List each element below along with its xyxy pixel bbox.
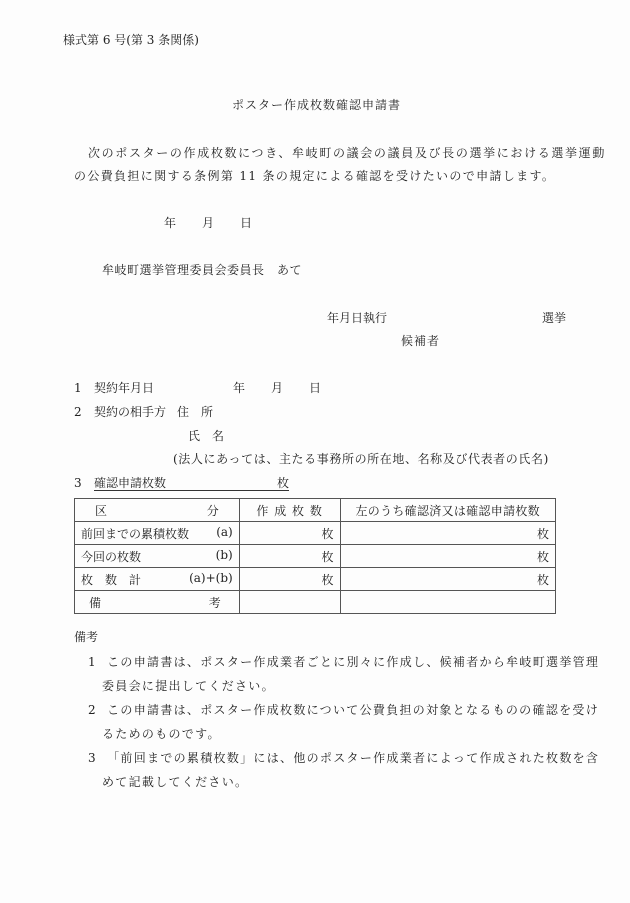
confirmed-cell[interactable]: 枚 (340, 568, 556, 591)
row-label-text: 備 (89, 594, 101, 611)
contract-month: 月 (271, 382, 309, 394)
row-label: 枚 数 計(a)+(b) (75, 568, 240, 591)
contract-date-fields: 年月日 (233, 382, 321, 394)
form-number: 様式第 6 号(第 3 条関係) (63, 34, 199, 46)
election-year: 年 (327, 311, 339, 325)
header-confirmed: 左のうち確認済又は確認申請枚数 (340, 499, 556, 522)
body-text-line-2: の公費負担に関する条例第 11 条の規定による確認を受けたいので申請します。 (74, 170, 555, 182)
corporation-note: (法人にあっては、主たる事務所の所在地、名称及び代表者の氏名) (173, 453, 549, 465)
item-contract-date: 1契約年月日 (74, 382, 154, 394)
note-number: 1 (88, 656, 102, 668)
row-label: 今回の枚数(b) (75, 545, 240, 568)
note-1-line-2: 委員会に提出してください。 (102, 680, 275, 692)
item3-unit: 枚 (277, 477, 289, 489)
produced-cell[interactable]: 枚 (239, 522, 340, 545)
produced-cell[interactable]: 枚 (239, 568, 340, 591)
row-label-code: (a)+(b) (189, 571, 233, 588)
note-number: 2 (88, 704, 102, 716)
remarks-cell[interactable] (239, 591, 340, 614)
row-label-code: (a) (216, 525, 233, 542)
item-contract-party: 2契約の相手方 (74, 406, 166, 418)
item3-number: 3 (74, 477, 94, 489)
document-title: ポスター作成枚数確認申請書 (232, 99, 401, 111)
item1-label: 契約年月日 (94, 381, 154, 395)
header-category-right: 分 (207, 502, 219, 519)
confirmed-cell[interactable]: 枚 (340, 522, 556, 545)
remarks-cell-wide[interactable] (340, 591, 556, 614)
contract-day: 日 (309, 382, 321, 394)
row-label: 備考 (75, 591, 240, 614)
requested-count-field[interactable]: 確認申請枚数枚 (94, 477, 289, 491)
row-label-text: 今回の枚数 (81, 548, 141, 565)
note-1-line-1: 1 この申請書は、ポスター作成業者ごとに別々に作成し、候補者から牟岐町選挙管理 (88, 656, 599, 668)
note-text: この申請書は、ポスター作成業者ごとに別々に作成し、候補者から牟岐町選挙管理 (107, 655, 599, 669)
item2-number: 2 (74, 406, 94, 418)
item2-label: 契約の相手方 (94, 405, 166, 419)
application-date: 年月日 (164, 217, 252, 229)
row-label-text: 前回までの累積枚数 (81, 525, 189, 542)
name-label: 氏 名 (188, 430, 224, 442)
application-date-month: 月 (202, 217, 240, 229)
row-label-code: (b) (216, 548, 233, 565)
note-3-line-1: 3 「前回までの累積枚数」には、他のポスター作成業者によって作成された枚数を含 (88, 752, 599, 764)
application-date-year: 年 (164, 217, 202, 229)
application-date-day: 日 (240, 217, 252, 229)
table-row: 前回までの累積枚数(a) 枚 枚 (75, 522, 556, 545)
candidate-label: 候補者 (401, 335, 440, 347)
note-text: この申請書は、ポスター作成枚数について公費負担の対象となるものの確認を受け (107, 703, 599, 717)
poster-count-table: 区分 作 成 枚 数 左のうち確認済又は確認申請枚数 前回までの累積枚数(a) … (74, 498, 556, 614)
table-header-row: 区分 作 成 枚 数 左のうち確認済又は確認申請枚数 (75, 499, 556, 522)
row-label: 前回までの累積枚数(a) (75, 522, 240, 545)
note-text: 「前回までの累積枚数」には、他のポスター作成業者によって作成された枚数を含 (107, 751, 599, 765)
table-row: 枚 数 計(a)+(b) 枚 枚 (75, 568, 556, 591)
election-label: 選挙 (542, 312, 566, 324)
item1-number: 1 (74, 382, 94, 394)
address-label: 住 所 (177, 406, 213, 418)
note-2-line-1: 2 この申請書は、ポスター作成枚数について公費負担の対象となるものの確認を受け (88, 704, 599, 716)
table-row-remarks: 備考 (75, 591, 556, 614)
body-text-line-1: 次のポスターの作成枚数につき、牟岐町の議会の議員及び長の選挙における選挙運動 (88, 147, 606, 159)
election-day-executed: 日執行 (351, 311, 387, 325)
produced-cell[interactable]: 枚 (239, 545, 340, 568)
addressee: 牟岐町選挙管理委員会委員長 あて (102, 264, 302, 276)
table-row: 今回の枚数(b) 枚 枚 (75, 545, 556, 568)
row-label-text: 枚 数 計 (81, 571, 141, 588)
row-label-code: 考 (209, 594, 221, 611)
note-3-line-2: めて記載してください。 (102, 776, 248, 788)
election-date: 年月日執行 (327, 312, 387, 324)
note-2-line-2: るためのものです。 (102, 728, 221, 740)
note-number: 3 (88, 752, 102, 764)
confirmed-cell[interactable]: 枚 (340, 545, 556, 568)
contract-year: 年 (233, 382, 271, 394)
header-produced: 作 成 枚 数 (239, 499, 340, 522)
item3-label: 確認申請枚数 (94, 476, 166, 490)
notes-title: 備考 (74, 631, 98, 643)
header-category-left: 区 (95, 502, 107, 519)
election-month: 月 (339, 311, 351, 325)
item-requested-count: 3確認申請枚数枚 (74, 477, 289, 491)
header-category: 区分 (75, 499, 240, 522)
